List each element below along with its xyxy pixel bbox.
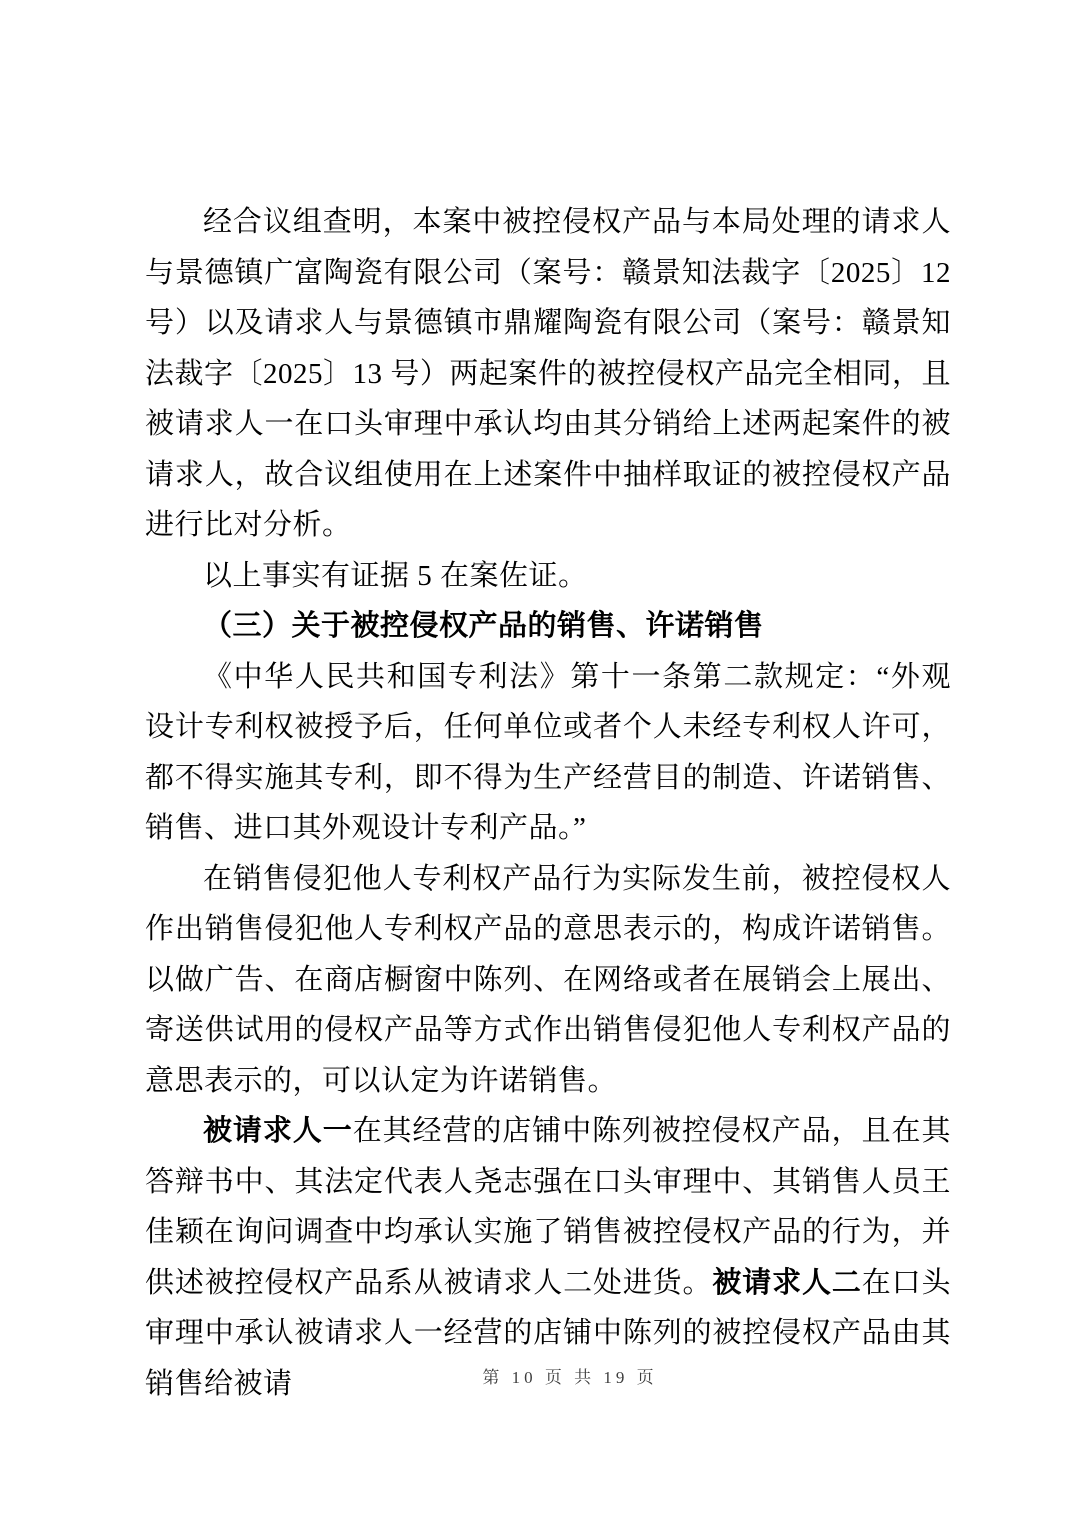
paragraph: 经合议组查明，本案中被控侵权产品与本局处理的请求人与景德镇广富陶瓷有限公司（案号… bbox=[145, 197, 951, 551]
section-heading: （三）关于被控侵权产品的销售、许诺销售 bbox=[145, 601, 951, 652]
emphasized-text: （三）关于被控侵权产品的销售、许诺销售 bbox=[203, 610, 764, 642]
document-body: 经合议组查明，本案中被控侵权产品与本局处理的请求人与景德镇广富陶瓷有限公司（案号… bbox=[145, 197, 951, 1409]
emphasized-text: 被请求人二 bbox=[712, 1267, 861, 1299]
paragraph: 在销售侵犯他人专利权产品行为实际发生前，被控侵权人作出销售侵犯他人专利权产品的意… bbox=[145, 854, 951, 1107]
emphasized-text: 被请求人一 bbox=[203, 1115, 353, 1147]
document-page: 经合议组查明，本案中被控侵权产品与本局处理的请求人与景德镇广富陶瓷有限公司（案号… bbox=[0, 0, 1074, 1520]
text-run: 《中华人民共和国专利法》第十一条第二款规定：“外观设计专利权被授予后，任何单位或… bbox=[145, 661, 951, 845]
paragraph: 以上事实有证据 5 在案佐证。 bbox=[145, 551, 951, 602]
text-run: 在销售侵犯他人专利权产品行为实际发生前，被控侵权人作出销售侵犯他人专利权产品的意… bbox=[145, 863, 951, 1097]
text-run: 经合议组查明，本案中被控侵权产品与本局处理的请求人与景德镇广富陶瓷有限公司（案号… bbox=[145, 206, 951, 541]
paragraph: 《中华人民共和国专利法》第十一条第二款规定：“外观设计专利权被授予后，任何单位或… bbox=[145, 652, 951, 854]
text-run: 以上事实有证据 5 在案佐证。 bbox=[203, 560, 588, 592]
page-footer: 第 10 页 共 19 页 bbox=[66, 1363, 1074, 1388]
page-number-label: 第 10 页 共 19 页 bbox=[482, 1368, 657, 1387]
